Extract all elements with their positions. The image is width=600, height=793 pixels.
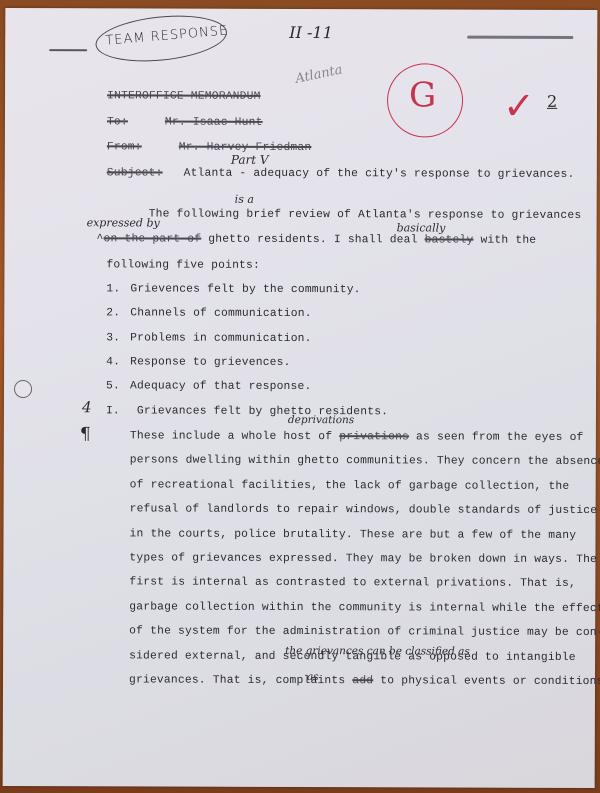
intro-line-2-text: ghetto residents. I shall deal (208, 234, 417, 247)
section-heading-num: I. (106, 405, 120, 417)
subject-value: Atlanta - adequacy of the city's respons… (184, 168, 575, 181)
deprivations-insert: deprivations (288, 414, 354, 426)
list-item: 3.Problems in communication. (106, 332, 311, 345)
struck-word: bastely (425, 234, 474, 246)
punch-hole (14, 380, 32, 398)
list-item-number: 2. (106, 308, 120, 320)
struck-word: privations (339, 431, 409, 443)
body-line: grievances. That is, complaints add to p… (129, 674, 600, 688)
subject-label: Subject: (107, 167, 163, 179)
body-line: first is internal as contrasted to exter… (129, 577, 576, 591)
is-a-insert: is a (235, 193, 254, 206)
list-item-text: Grievences felt by the community. (130, 283, 360, 296)
body-line: of the system for the administration of … (129, 626, 600, 640)
list-item-text: Response to grievences. (130, 356, 291, 369)
body-line: refusal of landlords to repair windows, … (130, 504, 598, 518)
body-line-text-end: to physical events or conditions (380, 675, 600, 688)
body-line-text-end: as seen from the eyes of (416, 431, 584, 444)
body-line-text: of recreational facilities, the lack of … (130, 479, 570, 493)
check-mark-icon: ✓ (503, 84, 535, 128)
from-line: From: Mr. Harvey Friedman (107, 141, 312, 154)
list-item-text: Channels of communication. (130, 308, 312, 321)
struck-phrase: on the part of (104, 233, 202, 245)
list-item-number: 4. (106, 356, 120, 368)
pen-stroke (49, 49, 87, 51)
list-item-text: Problems in communication. (130, 332, 312, 345)
list-item: 2.Channels of communication. (106, 308, 311, 321)
body-line-text: in the courts, police brutality. These a… (130, 528, 577, 542)
page-number: II -11 (289, 23, 333, 42)
body-line-text: sidered external, and secondly tangible … (129, 650, 576, 664)
caret-mark: ^ (97, 233, 104, 245)
section-body: These include a whole host of privations… (5, 8, 597, 10)
list-item-number: 5. (106, 381, 120, 393)
body-line-text: of the system for the administration of … (129, 626, 600, 640)
document-page: TEAM RESPONSE II -11 Atlanta G ✓ 2 INTER… (3, 8, 598, 788)
body-line-text: first is internal as contrasted to exter… (129, 577, 576, 591)
subject-line: Subject: Atlanta - adequacy of the city'… (107, 167, 575, 181)
to-label: To: (107, 116, 128, 128)
score: 2 (547, 92, 557, 111)
intro-line-2-end: with the (480, 235, 536, 247)
body-line-text: refusal of landlords to repair windows, … (130, 504, 598, 518)
body-line-text: persons dwelling within ghetto communiti… (130, 455, 600, 469)
intro-line-2: ^on the part of ghetto residents. I shal… (97, 233, 537, 247)
body-line: of recreational facilities, the lack of … (130, 479, 570, 493)
body-line: in the courts, police brutality. These a… (130, 528, 577, 542)
to-line: To: Mr. Isaac Hunt (107, 116, 263, 129)
para-number-note: 4 (82, 398, 92, 416)
body-line: These include a whole host of privations… (130, 430, 584, 444)
list-item-number: 3. (106, 332, 120, 344)
part-label-note: Part V (231, 153, 269, 167)
body-line: persons dwelling within ghetto communiti… (130, 455, 600, 469)
list-item-number: 1. (106, 283, 120, 295)
list-item: 5.Adequacy of that response. (106, 381, 311, 394)
list-item: 1.Grievences felt by the community. (106, 283, 360, 296)
body-line: garbage collection within the community … (129, 601, 600, 615)
from-label: From: (107, 141, 142, 153)
grade-letter: G (409, 75, 436, 115)
memo-type: INTEROFFICE MEMORANDUM (107, 90, 261, 103)
body-line-text: These include a whole host of (130, 430, 332, 443)
body-line-text: grievances. That is, complaints (129, 674, 345, 687)
body-line-text: types of grievances expressed. They may … (129, 552, 597, 566)
list-item-text: Adequacy of that response. (130, 381, 312, 394)
paragraph-mark: ¶ (80, 424, 91, 444)
body-line-text: garbage collection within the community … (129, 601, 600, 615)
basically-insert: basically (397, 221, 446, 234)
body-line: types of grievances expressed. They may … (129, 552, 597, 566)
atlanta-pencil-note: Atlanta (294, 62, 344, 86)
expressed-by-insert: expressed by (87, 216, 160, 229)
to-value: Mr. Isaac Hunt (165, 117, 263, 129)
struck-word: add (352, 675, 373, 687)
pencil-stroke (467, 36, 573, 39)
body-line: sidered external, and secondly tangible … (129, 650, 576, 664)
intro-line-1: The following brief review of Atlanta's … (149, 208, 582, 222)
list-item: 4.Response to grievences. (106, 356, 291, 369)
intro-line-3: following five points: (106, 259, 260, 272)
points-list: 1.Grievences felt by the community.2.Cha… (5, 8, 597, 10)
